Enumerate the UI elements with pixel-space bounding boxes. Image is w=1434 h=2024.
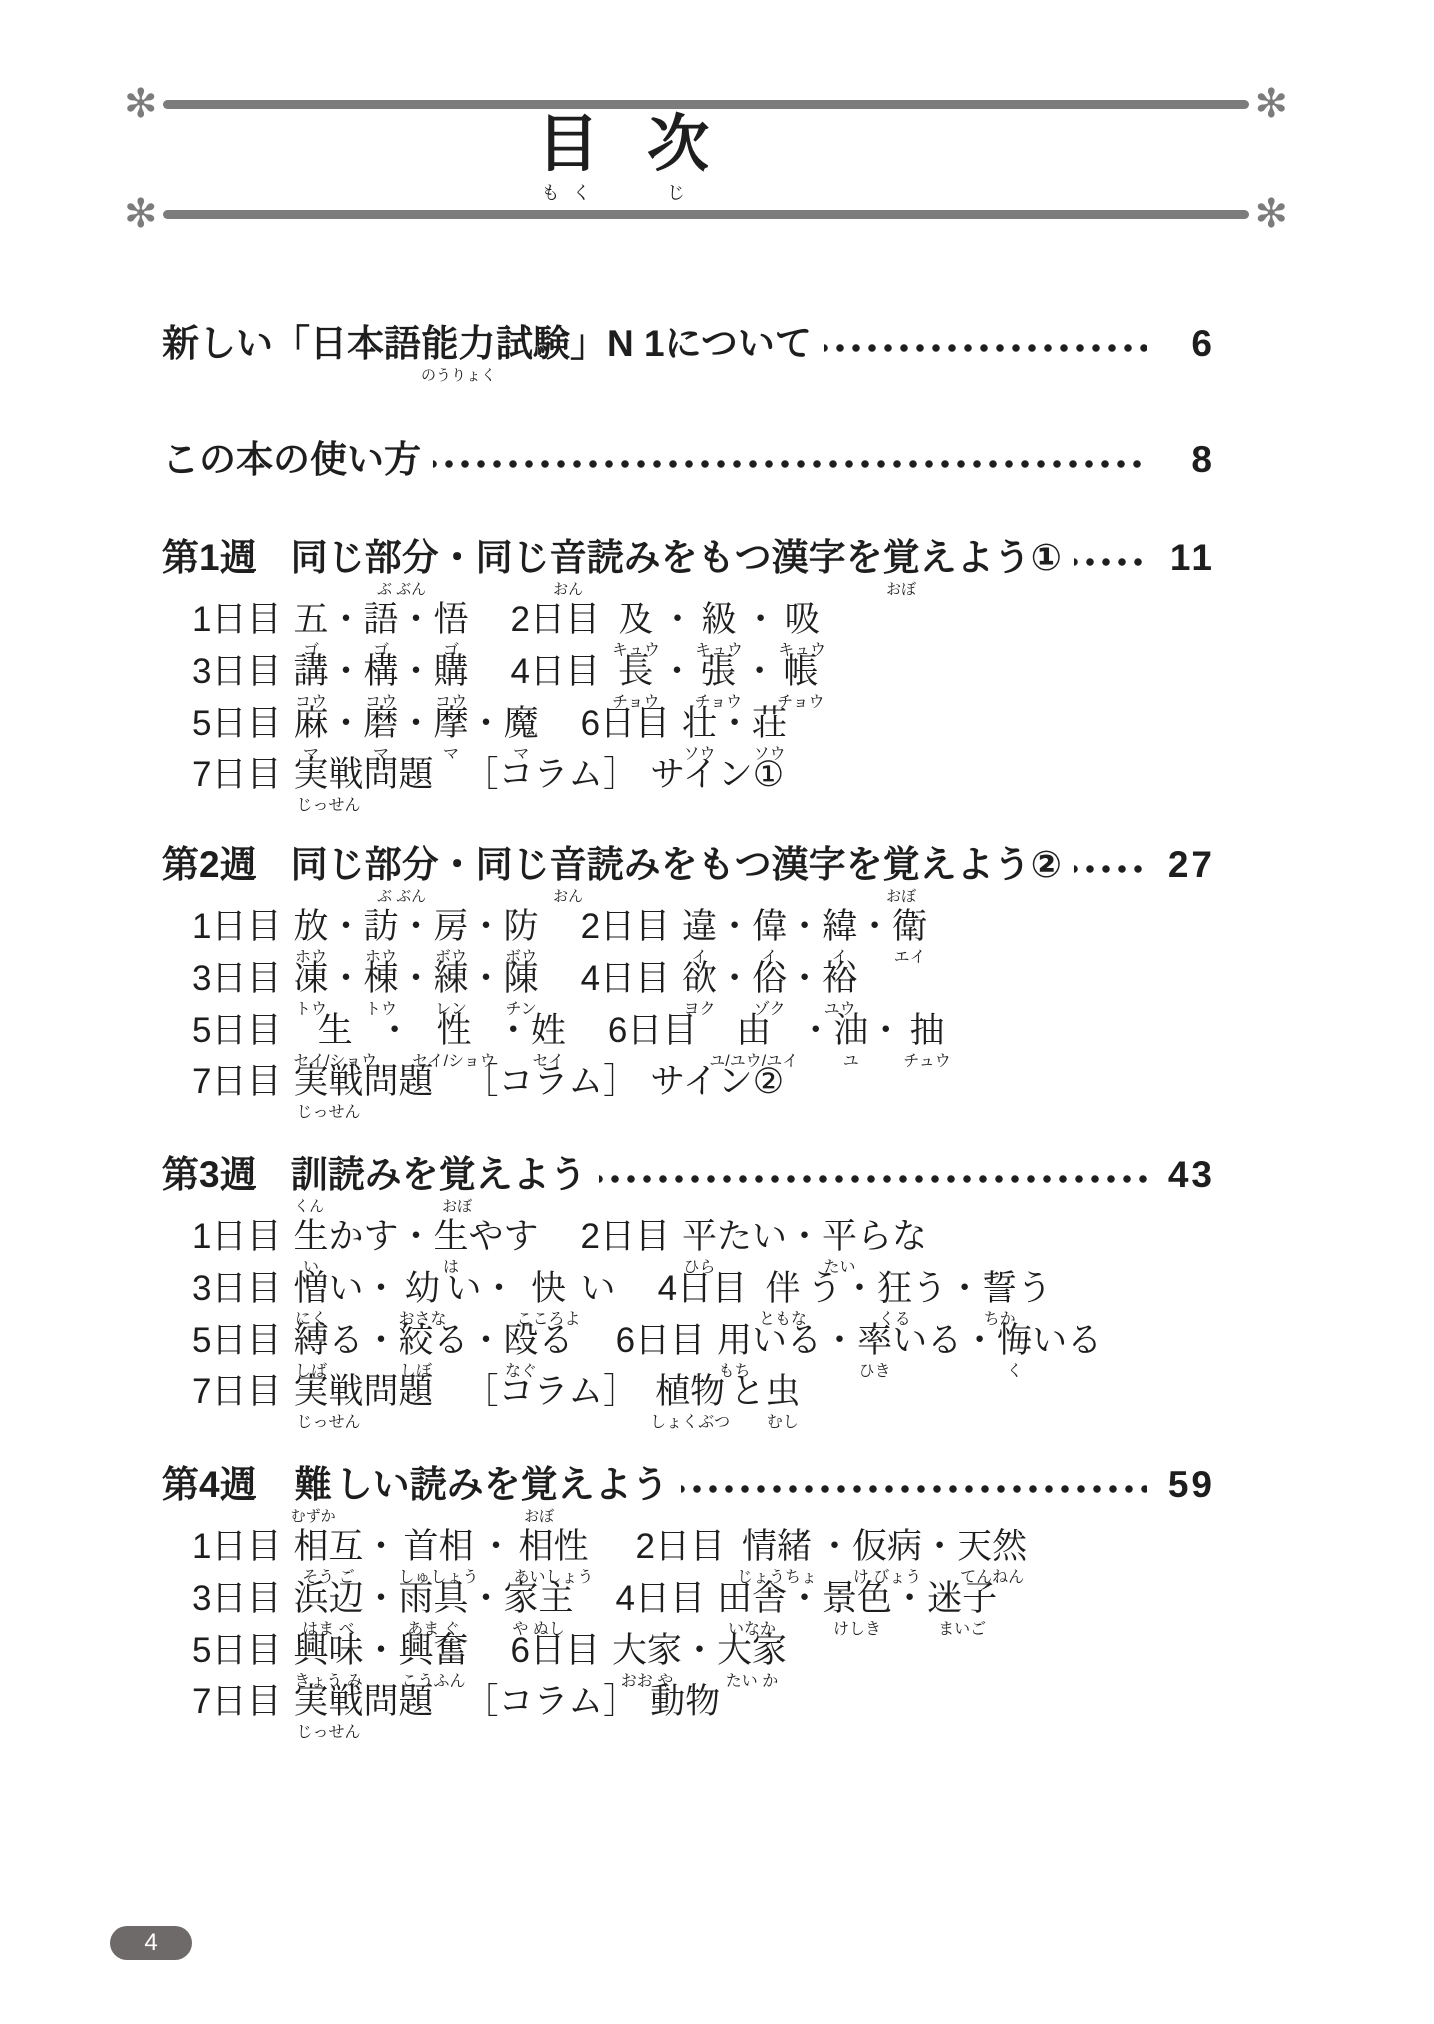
segment-text: サイン① bbox=[650, 755, 784, 795]
ruby-segment: 植物しょくぶつ bbox=[650, 1372, 730, 1432]
day-label: 7日目 bbox=[192, 1682, 281, 1722]
segment-text: 幼 bbox=[405, 1269, 440, 1309]
day-cell: 1日目五ゴ・語ゴ・悟ゴ bbox=[192, 600, 469, 660]
segment-text: ・ bbox=[363, 1527, 398, 1567]
text-segment: ・ bbox=[328, 600, 363, 640]
day-content: 及キュウ・級キュウ・吸キュウ bbox=[612, 600, 826, 660]
ruby-segment: 練レン bbox=[434, 959, 469, 1019]
segment-text: う bbox=[1017, 1269, 1052, 1309]
week-label: 第1週 bbox=[162, 536, 257, 580]
ruby-segment: 購コウ bbox=[434, 652, 469, 712]
page-number-label: 4 bbox=[144, 1931, 157, 1955]
segment-text: 由 bbox=[736, 1011, 771, 1051]
segment-text: ・ bbox=[787, 907, 822, 947]
furigana-text: くん bbox=[294, 1199, 324, 1215]
segment-text: ・ bbox=[922, 1527, 957, 1567]
segment-text: 実戦 bbox=[293, 1682, 363, 1722]
segment-text: 及 bbox=[619, 600, 654, 640]
furigana-text: く bbox=[1007, 1364, 1023, 1381]
ruby-segment: 快こころよ bbox=[517, 1269, 581, 1329]
ruby-segment: 部分ぶ ぶん bbox=[365, 536, 439, 598]
segment-text: ・ bbox=[857, 907, 892, 947]
page-number: 11 bbox=[1153, 536, 1215, 580]
ruby-segment: 狂くる bbox=[877, 1269, 912, 1329]
segment-text: 目 bbox=[537, 112, 599, 177]
segment-text: 五 bbox=[293, 600, 328, 640]
text-segment: たい・ bbox=[717, 1217, 822, 1257]
text-segment: しい読みを bbox=[336, 1463, 521, 1507]
week-label: 第4週 bbox=[162, 1463, 257, 1507]
ruby-segment: 緯イ bbox=[822, 907, 857, 967]
segment-text: ・ bbox=[496, 1011, 531, 1051]
day-row: 1日目五ゴ・語ゴ・悟ゴ2日目及キュウ・級キュウ・吸キュウ bbox=[192, 600, 826, 660]
day-cell: 2日目及キュウ・級キュウ・吸キュウ bbox=[511, 600, 827, 660]
day-content: 平ひらたい・平たいらな bbox=[682, 1217, 927, 1277]
segment-text: ・ bbox=[479, 1527, 514, 1567]
segment-text: ・ bbox=[742, 652, 777, 692]
segment-text: 次 bbox=[647, 112, 709, 177]
text-segment: る・ bbox=[328, 1321, 398, 1361]
leader-dots bbox=[1074, 843, 1147, 905]
segment-text: 植物 bbox=[655, 1372, 725, 1412]
text-segment: やす bbox=[469, 1217, 539, 1257]
segment-text: 田舎 bbox=[717, 1579, 787, 1619]
segment-text: 殴 bbox=[504, 1321, 539, 1361]
ruby-segment: 欲ヨク bbox=[682, 959, 717, 1019]
ruby-segment: 虫むし bbox=[765, 1372, 800, 1432]
text-segment: えよう① bbox=[920, 536, 1062, 580]
page-number: 43 bbox=[1153, 1153, 1215, 1197]
segment-text: 欲 bbox=[682, 959, 717, 999]
page-title: 目も く次じ bbox=[0, 112, 1340, 203]
segment-text: えよう② bbox=[920, 843, 1062, 887]
furigana-text: エイ bbox=[894, 950, 926, 967]
ruby-segment: 実戦じっせん bbox=[293, 1062, 363, 1122]
text-segment: 問題 bbox=[363, 1682, 433, 1722]
furigana-text: おぼ bbox=[886, 889, 916, 905]
text-segment: いる・ bbox=[892, 1321, 997, 1361]
text-segment: う・ bbox=[807, 1269, 877, 1309]
segment-text: 天然 bbox=[957, 1527, 1027, 1567]
day-cell: 7日目実戦じっせん問題［コラム］動物 bbox=[192, 1682, 720, 1742]
furigana-text: おん bbox=[553, 889, 583, 905]
ruby-segment: 覚おぼ bbox=[521, 1463, 558, 1525]
text-segment: ［コラム］ bbox=[464, 755, 639, 795]
text-segment: い・ bbox=[328, 1269, 398, 1309]
ruby-segment: 衛エイ bbox=[892, 907, 927, 967]
day-content: 実戦じっせん問題［コラム］動物 bbox=[293, 1682, 720, 1742]
day-cell: 4日目田舎いなか・景色けしき・迷子まいご bbox=[616, 1579, 998, 1639]
day-cell: 3日目憎にくい・幼おさない・快こころよい bbox=[192, 1269, 616, 1329]
ruby-segment: 構コウ bbox=[364, 652, 399, 712]
segment-text: 長 bbox=[618, 652, 653, 692]
text-segment: らな bbox=[857, 1217, 927, 1257]
ruby-segment: 伴ともな bbox=[759, 1269, 807, 1329]
ruby-segment: 訓くん bbox=[291, 1153, 328, 1215]
furigana-text: じっせん bbox=[296, 798, 360, 815]
text-segment: る・ bbox=[434, 1321, 504, 1361]
segment-text: 動物 bbox=[650, 1682, 720, 1722]
day-label: 4日目 bbox=[616, 1579, 705, 1619]
ruby-segment: 難むずか bbox=[291, 1463, 336, 1525]
ruby-segment: 田舎いなか bbox=[717, 1579, 787, 1639]
entry-title: 同じ部分ぶ ぶん・同じ音おん読みをもつ漢字を覚おぼえよう② bbox=[291, 843, 1062, 905]
day-label: 1日目 bbox=[192, 1217, 281, 1257]
day-cell: 2日目違イ・偉イ・緯イ・衛エイ bbox=[581, 907, 928, 967]
segment-text: 魔 bbox=[504, 704, 539, 744]
segment-text: 難 bbox=[295, 1463, 332, 1507]
text-segment: ・ bbox=[798, 1011, 833, 1051]
text-segment: ・同じ bbox=[439, 843, 550, 887]
ornament-rule-bottom: ✻ ✻ bbox=[124, 194, 1288, 234]
toc-page: ✻ ✻ 目も く次じ ✻ ✻ 新しい「日本語能力のうりょく試験」N 1について6… bbox=[0, 0, 1434, 2024]
segment-text: 姓 bbox=[531, 1011, 566, 1051]
segment-text: 平 bbox=[682, 1217, 717, 1257]
segment-text: 荘 bbox=[752, 704, 787, 744]
leader-dots bbox=[433, 438, 1147, 482]
day-row: 1日目生いかす・生はやす2日目平ひらたい・平たいらな bbox=[192, 1217, 927, 1277]
day-cell: 7日目実戦じっせん問題［コラム］植物しょくぶつと虫むし bbox=[192, 1372, 800, 1432]
furigana-text: むし bbox=[767, 1415, 799, 1432]
day-content: 浜辺はま べ・雨具あま ぐ・家主や ぬし bbox=[293, 1579, 573, 1639]
text-segment: ・ bbox=[660, 600, 695, 640]
segment-text: 覚 bbox=[883, 843, 920, 887]
furigana-text: ひき bbox=[859, 1364, 891, 1381]
text-segment: と bbox=[730, 1372, 765, 1412]
segment-text: 問題 bbox=[363, 1682, 433, 1722]
ruby-segment: 能力のうりょく bbox=[421, 322, 496, 384]
ruby-segment: 及キュウ bbox=[612, 600, 660, 660]
segment-text: 迷子 bbox=[927, 1579, 997, 1619]
week-heading: 第4週難むずかしい読みを覚おぼえよう59 bbox=[162, 1463, 1215, 1525]
text-segment: ・ bbox=[399, 600, 434, 640]
segment-text: ・ bbox=[363, 1579, 398, 1619]
text-segment: ［コラム］ bbox=[464, 1062, 639, 1102]
segment-text: 興味 bbox=[293, 1631, 363, 1671]
segment-text: 房 bbox=[434, 907, 469, 947]
ruby-segment: 誓ちか bbox=[982, 1269, 1017, 1329]
text-segment: ・ bbox=[363, 1631, 398, 1671]
text-segment: ・ bbox=[743, 600, 778, 640]
day-label: 3日目 bbox=[192, 1269, 281, 1309]
day-content: 情緒じょうちょ・仮病け びょう・天然てんねん bbox=[737, 1527, 1027, 1587]
segment-text: 違 bbox=[682, 907, 717, 947]
ruby-segment: 訪ホウ bbox=[364, 907, 399, 967]
day-label: 5日目 bbox=[192, 1011, 281, 1051]
ruby-segment: 級キュウ bbox=[695, 600, 743, 660]
text-segment: この本の使い方 bbox=[162, 438, 421, 482]
segment-text: 凍 bbox=[293, 959, 328, 999]
segment-text: 悔 bbox=[997, 1321, 1032, 1361]
day-content: 相互そう ご・首相しゅしょう・相性あいしょう bbox=[293, 1527, 593, 1587]
furigana-text: けしき bbox=[833, 1622, 881, 1639]
ruby-segment: 語ゴ bbox=[364, 600, 399, 660]
segment-text: ［コラム］ bbox=[464, 1682, 639, 1722]
day-label: 1日目 bbox=[192, 600, 281, 640]
segment-text: 仮病 bbox=[852, 1527, 922, 1567]
ruby-segment: 首相しゅしょう bbox=[399, 1527, 479, 1587]
segment-text: 実戦 bbox=[293, 755, 363, 795]
furigana-text: じっせん bbox=[296, 1415, 360, 1432]
segment-text: らな bbox=[857, 1217, 927, 1257]
segment-text: 悟 bbox=[434, 600, 469, 640]
ornament-bar bbox=[163, 100, 1250, 109]
furigana-text: まいご bbox=[938, 1622, 986, 1639]
text-segment: いる・ bbox=[752, 1321, 857, 1361]
ruby-segment: 音おん bbox=[550, 536, 587, 598]
segment-text: えよう bbox=[476, 1153, 587, 1197]
ruby-segment: 放ホウ bbox=[293, 907, 328, 967]
segment-text: 吸 bbox=[785, 600, 820, 640]
segment-text: ・ bbox=[892, 1579, 927, 1619]
flower-ornament-icon: ✻ bbox=[1254, 194, 1288, 234]
text-segment: ・ bbox=[787, 907, 822, 947]
furigana-text: しょくぶつ bbox=[650, 1415, 730, 1432]
furigana-text: じっせん bbox=[296, 1105, 360, 1122]
segment-text: 新しい「日本語 bbox=[162, 322, 421, 366]
week-label: 第2週 bbox=[162, 843, 257, 887]
text-segment: ・ bbox=[479, 1527, 514, 1567]
segment-text: 能力 bbox=[422, 322, 496, 366]
segment-text: 覚 bbox=[883, 536, 920, 580]
segment-text: 部分 bbox=[365, 536, 439, 580]
ruby-segment: 憎にく bbox=[293, 1269, 328, 1329]
day-row: 3日目凍トウ・棟トウ・練レン・陳チン4日目欲ヨク・俗ゾク・裕ユウ bbox=[192, 959, 857, 1019]
day-content: 違イ・偉イ・緯イ・衛エイ bbox=[682, 907, 927, 967]
text-segment: えよう bbox=[558, 1463, 669, 1507]
segment-text: 用 bbox=[717, 1321, 752, 1361]
ruby-segment: 景色けしき bbox=[822, 1579, 892, 1639]
day-row: 7日目実戦じっせん問題［コラム］植物しょくぶつと虫むし bbox=[192, 1372, 800, 1432]
text-segment: う・ bbox=[912, 1269, 982, 1309]
day-label: 7日目 bbox=[192, 755, 281, 795]
segment-text: ・ bbox=[682, 1631, 717, 1671]
day-cell: 7日目実戦じっせん問題［コラム］サイン① bbox=[192, 755, 784, 815]
ruby-segment: 帳チョウ bbox=[777, 652, 825, 712]
day-content: 実戦じっせん問題［コラム］植物しょくぶつと虫むし bbox=[293, 1372, 800, 1432]
text-segment: 動物 bbox=[650, 1682, 720, 1722]
text-segment: 同じ bbox=[291, 536, 365, 580]
text-segment: ・ bbox=[868, 1011, 903, 1051]
segment-text: 訪 bbox=[364, 907, 399, 947]
page-number: 6 bbox=[1153, 322, 1215, 366]
segment-text: る・ bbox=[328, 1321, 398, 1361]
day-cell: 2日目平ひらたい・平たいらな bbox=[581, 1217, 928, 1277]
day-label: 7日目 bbox=[192, 1372, 281, 1412]
segment-text: 問題 bbox=[363, 1372, 433, 1412]
segment-text: 麻 bbox=[293, 704, 328, 744]
segment-text: 裕 bbox=[822, 959, 857, 999]
segment-text: 同じ bbox=[291, 843, 365, 887]
day-label: 2日目 bbox=[581, 907, 670, 947]
ruby-segment: 相互そう ご bbox=[293, 1527, 363, 1587]
furigana-text: ぶ ぶん bbox=[377, 889, 426, 905]
day-cell: 1日目生いかす・生はやす bbox=[192, 1217, 539, 1277]
furigana-text: おぼ bbox=[524, 1509, 554, 1525]
segment-text: ・ bbox=[787, 1579, 822, 1619]
segment-text: 絞 bbox=[399, 1321, 434, 1361]
ruby-segment: 部分ぶ ぶん bbox=[365, 843, 439, 905]
day-cell: 2日目情緒じょうちょ・仮病け びょう・天然てんねん bbox=[636, 1527, 1028, 1587]
week-heading: 第3週訓くん読みを覚おぼえよう43 bbox=[162, 1153, 1215, 1215]
segment-text: 偉 bbox=[752, 907, 787, 947]
day-content: 生いかす・生はやす bbox=[293, 1217, 538, 1277]
ruby-segment: 陳チン bbox=[504, 959, 539, 1019]
day-content: 伴ともなう・狂くるう・誓ちかう bbox=[759, 1269, 1052, 1329]
segment-text: 級 bbox=[702, 600, 737, 640]
segment-text: 興奮 bbox=[399, 1631, 469, 1671]
ruby-segment: 偉イ bbox=[752, 907, 787, 967]
segment-text: 憎 bbox=[293, 1269, 328, 1309]
text-segment: ［コラム］ bbox=[464, 1372, 639, 1412]
ruby-segment: 油ユ bbox=[833, 1011, 868, 1071]
segment-text: 虫 bbox=[765, 1372, 800, 1412]
segment-text: ・ bbox=[817, 1527, 852, 1567]
text-segment: ・ bbox=[496, 1011, 531, 1051]
segment-text: い・ bbox=[447, 1269, 517, 1309]
text-segment: ・ bbox=[399, 907, 434, 947]
text-segment: ・ bbox=[817, 1527, 852, 1567]
day-content: 憎にくい・幼おさない・快こころよい bbox=[293, 1269, 615, 1329]
day-label: 6日目 bbox=[511, 1631, 600, 1671]
furigana-text: ぶ ぶん bbox=[377, 582, 426, 598]
entry-title: この本の使い方 bbox=[162, 438, 421, 482]
day-label: 2日目 bbox=[511, 600, 600, 640]
segment-text: 油 bbox=[833, 1011, 868, 1051]
segment-text: ・ bbox=[399, 704, 434, 744]
segment-text: う・ bbox=[912, 1269, 982, 1309]
segment-text: 生 bbox=[318, 1011, 353, 1051]
segment-text: 雨具 bbox=[399, 1579, 469, 1619]
leader-dots bbox=[824, 322, 1147, 384]
flower-ornament-icon: ✻ bbox=[124, 194, 158, 234]
day-label: 4日目 bbox=[658, 1269, 747, 1309]
segment-text: えよう① bbox=[920, 536, 1062, 580]
segment-text: ・ bbox=[469, 1579, 504, 1619]
segment-text: 性 bbox=[436, 1011, 471, 1051]
ruby-segment: 防ボウ bbox=[504, 907, 539, 967]
day-row: 3日目講コウ・構コウ・購コウ4日目長チョウ・張チョウ・帳チョウ bbox=[192, 652, 825, 712]
leader-dots bbox=[599, 1153, 1147, 1215]
leader-dots bbox=[1074, 536, 1147, 598]
toc-entry: この本の使い方8 bbox=[162, 438, 1215, 482]
segment-text: ・ bbox=[660, 600, 695, 640]
day-content: 五ゴ・語ゴ・悟ゴ bbox=[293, 600, 468, 660]
segment-text: 浜辺 bbox=[293, 1579, 363, 1619]
day-row: 3日目浜辺はま べ・雨具あま ぐ・家主や ぬし4日目田舎いなか・景色けしき・迷子… bbox=[192, 1579, 997, 1639]
segment-text: いる・ bbox=[892, 1321, 997, 1361]
text-segment: ・ bbox=[742, 652, 777, 692]
ruby-segment: 悟ゴ bbox=[434, 600, 469, 660]
segment-text: ・ bbox=[798, 1011, 833, 1051]
entry-title: 難むずかしい読みを覚おぼえよう bbox=[291, 1463, 669, 1525]
text-segment: ・ bbox=[922, 1527, 957, 1567]
segment-text: 陳 bbox=[504, 959, 539, 999]
segment-text: 試験」N 1について bbox=[496, 322, 812, 366]
text-segment: ・ bbox=[399, 652, 434, 692]
week-heading: 第1週同じ部分ぶ ぶん・同じ音おん読みをもつ漢字を覚おぼえよう①11 bbox=[162, 536, 1215, 598]
segment-text: 磨 bbox=[364, 704, 399, 744]
segment-text: 覚 bbox=[521, 1463, 558, 1507]
ruby-segment: 幼おさな bbox=[399, 1269, 447, 1329]
segment-text: 放 bbox=[293, 907, 328, 947]
segment-text: 生 bbox=[293, 1217, 328, 1257]
page-number-pill: 4 bbox=[110, 1926, 192, 1960]
day-label: 3日目 bbox=[192, 1579, 281, 1619]
furigana-text: のうりょく bbox=[421, 368, 496, 384]
segment-text: ・ bbox=[328, 652, 363, 692]
text-segment: 問題 bbox=[363, 1372, 433, 1412]
segment-text: ・ bbox=[787, 959, 822, 999]
text-segment: ・同じ bbox=[439, 536, 550, 580]
day-row: 7日目実戦じっせん問題［コラム］動物 bbox=[192, 1682, 720, 1742]
ruby-segment: 雨具あま ぐ bbox=[399, 1579, 469, 1639]
day-content: 凍トウ・棟トウ・練レン・陳チン bbox=[293, 959, 538, 1019]
furigana-text: おぼ bbox=[442, 1199, 472, 1215]
day-row: 1日目放ホウ・訪ホウ・房ボウ・防ボウ2日目違イ・偉イ・緯イ・衛エイ bbox=[192, 907, 927, 967]
segment-text: ・ bbox=[328, 907, 363, 947]
ruby-segment: 実戦じっせん bbox=[293, 1372, 363, 1432]
text-segment: ・ bbox=[682, 1631, 717, 1671]
ruby-segment: 実戦じっせん bbox=[293, 755, 363, 815]
day-row: 7日目実戦じっせん問題［コラム］サイン② bbox=[192, 1062, 784, 1122]
segment-text: ・ bbox=[469, 704, 504, 744]
furigana-text: おん bbox=[553, 582, 583, 598]
ruby-segment: 張チョウ bbox=[695, 652, 743, 712]
segment-text: ・同じ bbox=[439, 536, 550, 580]
segment-text: 首相 bbox=[404, 1527, 474, 1567]
ruby-segment: 家主や ぬし bbox=[504, 1579, 574, 1639]
day-cell: 4日目伴ともなう・狂くるう・誓ちかう bbox=[658, 1269, 1053, 1329]
segment-text: と bbox=[730, 1372, 765, 1412]
segment-text: 問題 bbox=[363, 1062, 433, 1102]
segment-text: 講 bbox=[293, 652, 328, 692]
furigana-text: チュウ bbox=[903, 1054, 951, 1071]
segment-text: 狂 bbox=[877, 1269, 912, 1309]
segment-text: ・ bbox=[743, 600, 778, 640]
segment-text: ・ bbox=[328, 959, 363, 999]
furigana-text: たい か bbox=[726, 1674, 778, 1691]
segment-text: ・ bbox=[660, 652, 695, 692]
text-segment: ・ bbox=[328, 959, 363, 999]
text-segment: い bbox=[581, 1269, 616, 1309]
segment-text: サイン② bbox=[650, 1062, 784, 1102]
segment-text: る・ bbox=[434, 1321, 504, 1361]
ruby-segment: 悔く bbox=[997, 1321, 1032, 1381]
text-segment: ・ bbox=[328, 704, 363, 744]
segment-text: この本の使い方 bbox=[162, 438, 421, 482]
segment-text: ［コラム］ bbox=[464, 1372, 639, 1412]
segment-text: 構 bbox=[364, 652, 399, 692]
text-segment: 読みをもつ漢字を bbox=[587, 843, 883, 887]
ruby-segment: 房ボウ bbox=[434, 907, 469, 967]
text-segment: ・ bbox=[787, 1579, 822, 1619]
ruby-segment: 棟トウ bbox=[364, 959, 399, 1019]
segment-text: 練 bbox=[434, 959, 469, 999]
text-segment: ・ bbox=[717, 907, 752, 947]
day-label: 5日目 bbox=[192, 1321, 281, 1361]
text-segment: えよう② bbox=[920, 843, 1062, 887]
segment-text: えよう bbox=[558, 1463, 669, 1507]
day-label: 6日目 bbox=[608, 1011, 697, 1051]
text-segment: 問題 bbox=[363, 755, 433, 795]
segment-text: 平 bbox=[822, 1217, 857, 1257]
text-segment: ・ bbox=[469, 704, 504, 744]
segment-text: ［コラム］ bbox=[464, 755, 639, 795]
day-label: 5日目 bbox=[192, 1631, 281, 1671]
text-segment: 試験」N 1について bbox=[496, 322, 812, 366]
day-cell: 4日目欲ヨク・俗ゾク・裕ユウ bbox=[581, 959, 858, 1019]
